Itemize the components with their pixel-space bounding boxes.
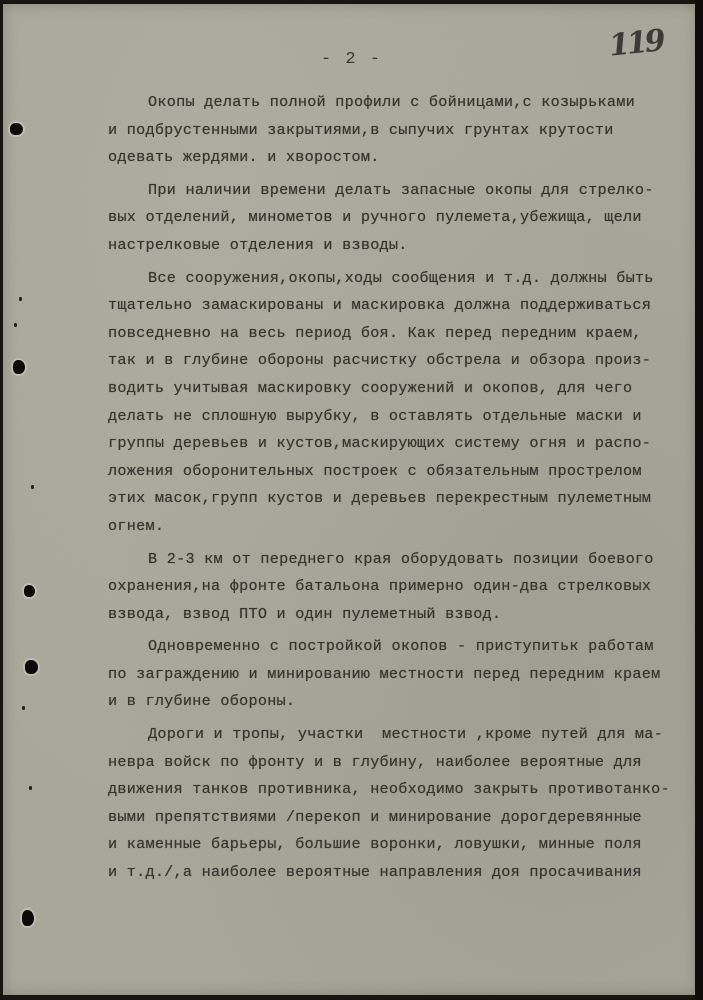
- text-line: ложения оборонительных построек с обязат…: [108, 458, 698, 486]
- text-line: так и в глубине обороны расчистку обстре…: [108, 347, 698, 375]
- text-line: по заграждению и минированию местности п…: [108, 661, 698, 689]
- paragraph: В 2-3 км от переднего края оборудовать п…: [108, 546, 698, 629]
- text-line: группы деревьев и кустов,маскирующих сис…: [108, 430, 698, 458]
- archive-folio-mark: 119: [607, 23, 664, 63]
- binding-hole: [25, 660, 38, 674]
- text-line: и в глубине обороны.: [108, 688, 698, 716]
- text-line: этих масок,групп кустов и деревьев перек…: [108, 485, 698, 513]
- text-line: делать не сплошную вырубку, в оставлять …: [108, 403, 698, 431]
- paper-speck: [31, 485, 34, 489]
- text-line: и т.д./,а наиболее вероятные направления…: [108, 859, 698, 887]
- text-line: огнем.: [108, 513, 698, 541]
- scanned-page: - 2 - 119 Окопы делать полной профили с …: [0, 0, 703, 1000]
- text-line: невра войск по фронту и в глубину, наибо…: [108, 749, 698, 777]
- text-line: В 2-3 км от переднего края оборудовать п…: [108, 546, 698, 574]
- text-line: вых отделений, минометов и ручного пулем…: [108, 204, 698, 232]
- paper-speck: [29, 786, 32, 790]
- binding-hole: [10, 123, 23, 135]
- paper-speck: [14, 323, 17, 327]
- text-line: движения танков противника, необходимо з…: [108, 776, 698, 804]
- text-line: выми препятствиями /перекоп и минировани…: [108, 804, 698, 832]
- text-line: тщательно замаскированы и маскировка дол…: [108, 292, 698, 320]
- binding-hole: [13, 360, 25, 374]
- document-body: Окопы делать полной профили с бойницами,…: [108, 89, 698, 892]
- paragraph: При наличии времени делать запасные окоп…: [108, 177, 698, 260]
- binding-hole: [22, 910, 34, 926]
- text-line: водить учитывая маскировку сооружений и …: [108, 375, 698, 403]
- text-line: Все сооружения,окопы,ходы сообщения и т.…: [108, 265, 698, 293]
- text-line: повседневно на весь период боя. Как пере…: [108, 320, 698, 348]
- paragraph: Дороги и тропы, участки местности ,кроме…: [108, 721, 698, 887]
- text-line: охранения,на фронте батальона примерно о…: [108, 573, 698, 601]
- page-number: - 2 -: [0, 50, 703, 69]
- text-line: и подбрустенными закрытиями,в сыпучих гр…: [108, 117, 698, 145]
- paragraph: Все сооружения,окопы,ходы сообщения и т.…: [108, 265, 698, 541]
- text-line: При наличии времени делать запасные окоп…: [108, 177, 698, 205]
- text-line: и каменные барьеры, большие воронки, лов…: [108, 831, 698, 859]
- text-line: Дороги и тропы, участки местности ,кроме…: [108, 721, 698, 749]
- text-line: настрелковые отделения и взводы.: [108, 232, 698, 260]
- text-line: Окопы делать полной профили с бойницами,…: [108, 89, 698, 117]
- text-line: Одновременно с постройкой окопов - прист…: [108, 633, 698, 661]
- text-line: взвода, взвод ПТО и один пулеметный взво…: [108, 601, 698, 629]
- paragraph: Окопы делать полной профили с бойницами,…: [108, 89, 698, 172]
- binding-hole: [24, 585, 35, 597]
- paper-speck: [22, 706, 25, 710]
- paragraph: Одновременно с постройкой окопов - прист…: [108, 633, 698, 716]
- text-line: одевать жердями. и хворостом.: [108, 144, 698, 172]
- paper-speck: [19, 297, 22, 301]
